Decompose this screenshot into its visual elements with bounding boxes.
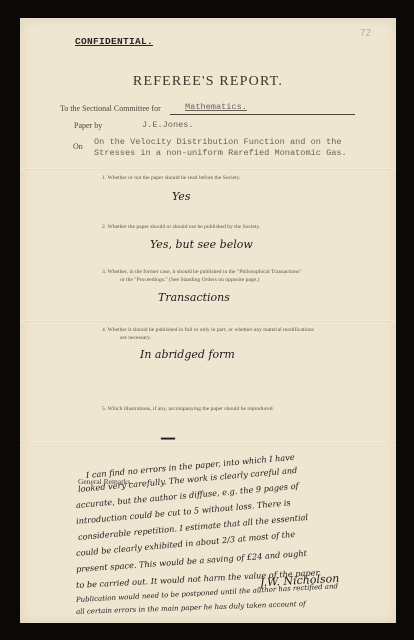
remarks-line: all certain errors in the main paper he … [76,600,306,616]
question-1: 1. Whether or not the paper should be re… [102,175,241,181]
committee-value: Mathematics. [185,102,247,112]
answer-2: Yes, but see below [150,238,253,251]
question-4-line-1: 4. Whether it should be published in ful… [102,327,314,333]
answer-4: In abridged form [140,348,235,361]
committee-underline [170,114,355,115]
on-label: On [73,142,83,151]
fold-line [20,168,396,170]
paper-by-label: Paper by [74,121,102,130]
question-3-line-1: 3. Whether, in the former case, it shoul… [102,269,302,275]
confidential-label: CONFIDENTIAL. [75,36,153,47]
committee-label: To the Sectional Committee for [60,104,161,113]
referee-report-page: CONFIDENTIAL. 72 REFEREE'S REPORT. To th… [20,18,396,623]
answer-1: Yes [172,190,190,203]
answer-3: Transactions [158,291,230,304]
question-2: 2. Whether the paper should or should no… [102,224,260,230]
paper-title-line-1: On the Velocity Distribution Function an… [94,137,342,147]
question-3-line-2: or the "Proceedings." (See Standing Orde… [120,277,259,283]
fold-line [20,320,396,322]
page-number: 72 [360,28,371,39]
page-title: REFEREE'S REPORT. [20,74,396,90]
fold-line [20,445,396,447]
question-5: 5. Which illustrations, if any, accompan… [102,406,274,412]
paper-title-line-2: Stresses in a non-uniform Rarefied Monat… [94,148,347,158]
question-4-line-2: are necessary. [120,335,151,341]
answer-5: — [160,428,176,447]
paper-by-value: J.E.Jones. [142,120,194,130]
